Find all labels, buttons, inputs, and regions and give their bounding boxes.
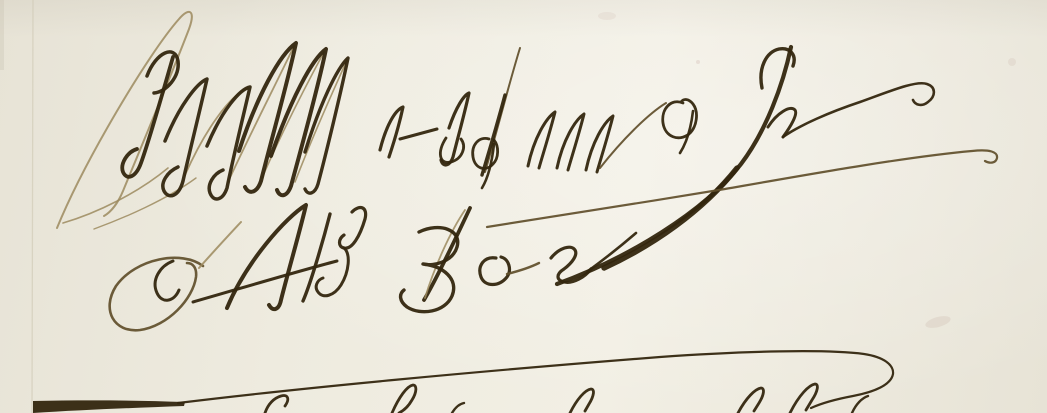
letter-a-stroke bbox=[227, 205, 306, 309]
cutoff-letter-stroke bbox=[570, 389, 593, 413]
hairline-stroke bbox=[507, 263, 539, 274]
signature-1: Heavily flourished, largely illegible cu… bbox=[57, 12, 934, 284]
minim-stroke bbox=[528, 112, 555, 168]
cutoff-letter-stroke bbox=[452, 403, 464, 413]
letter-stroke bbox=[305, 58, 348, 193]
hairline-stroke bbox=[228, 46, 294, 182]
cutoff-letter-stroke bbox=[392, 385, 416, 413]
manuscript-svg: Aged cream laid paper with faint vertica… bbox=[0, 0, 1047, 413]
paper-speck bbox=[1008, 58, 1016, 66]
minim-stroke bbox=[557, 114, 584, 170]
hairline-stroke bbox=[63, 168, 168, 223]
crossbar-stroke bbox=[400, 129, 437, 139]
letter-e-stroke bbox=[340, 208, 366, 249]
paper-stain bbox=[924, 314, 952, 330]
swash-heavy-start bbox=[33, 400, 185, 413]
hairline-stroke bbox=[199, 222, 241, 268]
letter-o-stroke bbox=[480, 257, 510, 285]
manuscript-scan-page: Aged cream laid paper with faint vertica… bbox=[0, 0, 1047, 413]
lead-in-curl-stroke bbox=[155, 261, 179, 300]
swash-stroke bbox=[178, 351, 893, 408]
cutoff-letter-stroke bbox=[265, 396, 288, 413]
page-edge-shadow bbox=[0, 0, 4, 70]
letter-e-stroke bbox=[316, 248, 348, 296]
minim-stroke bbox=[586, 116, 613, 172]
jr-sweep-hook-stroke bbox=[783, 83, 934, 137]
minim-stroke bbox=[380, 107, 403, 157]
hairline-stroke bbox=[600, 103, 666, 168]
letter-b-stem bbox=[424, 208, 470, 300]
letter-b-bowls bbox=[401, 228, 458, 312]
paper-speck bbox=[696, 60, 700, 64]
partial-bottom-line: Tops of a further handwritten line, cut … bbox=[265, 384, 868, 413]
signature-2: A E Bos bbox=[110, 205, 636, 330]
cutoff-letter-stroke bbox=[738, 388, 763, 413]
letter-stroke bbox=[441, 93, 469, 165]
letter-stroke bbox=[163, 79, 207, 196]
jr-descender-stroke bbox=[557, 47, 791, 284]
paper-fold-line bbox=[32, 0, 33, 413]
cutoff-letter-stroke bbox=[790, 384, 817, 413]
paper-smudge bbox=[598, 12, 616, 20]
cutoff-letter-stroke bbox=[852, 396, 868, 413]
